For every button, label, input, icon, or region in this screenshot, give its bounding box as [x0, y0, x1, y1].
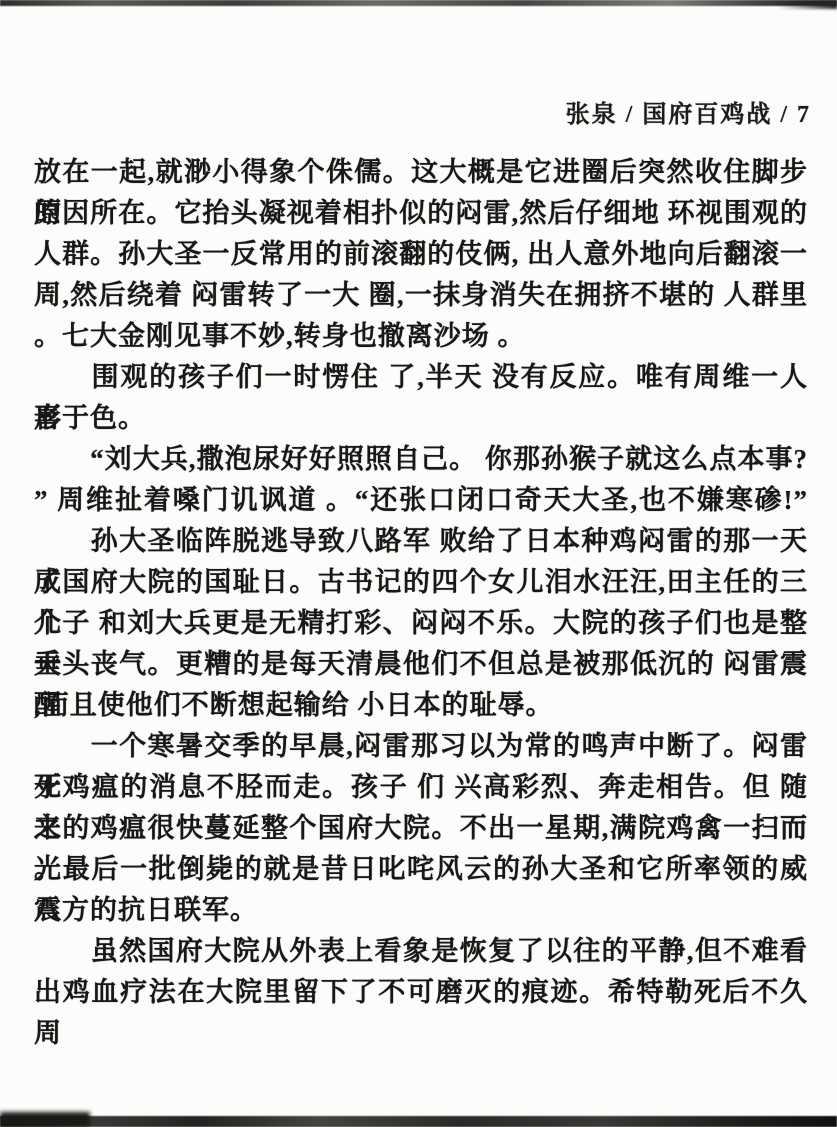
page-header-running-title: 张泉 / 国府百鸡战 / 7	[566, 94, 811, 129]
text-line: 。七大金刚见事不妙,转身也撤离沙场 。	[34, 316, 808, 357]
text-line: 一个寒暑交季的早晨,闷雷那习以为常的鸣声中断了。闷雷死	[34, 726, 808, 767]
page-body-text: 放在一起,就渺小得象个侏儒。这大概是它进圈后突然收住脚步的原因所在。它抬头凝视着…	[34, 152, 808, 1013]
text-line: 出鸡血疗法在大院里留下了不可磨灭的痕迹。希特勒死后不久周	[34, 972, 808, 1013]
text-line: ” 周维扯着嗓门讥讽道 。“还张口闭口奇天大圣,也不嫌寒碜!”	[34, 480, 808, 521]
text-line: 放在一起,就渺小得象个侏儒。这大概是它进圈后突然收住脚步的	[34, 152, 808, 193]
text-line: 了国府大院的国耻日。古书记的四个女儿泪水汪汪,田主任的三个	[34, 562, 808, 603]
text-line: ,而且使他们不断想起输给 小日本的耻辱。	[34, 685, 808, 726]
text-line: 。最后一批倒毙的就是昔日叱咤风云的孙大圣和它所率领的威震	[34, 849, 808, 890]
scanned-book-page: 张泉 / 国府百鸡战 / 7 放在一起,就渺小得象个侏儒。这大概是它进圈后突然收…	[0, 0, 837, 1127]
text-line: “刘大兵,撒泡尿好好照照自己。 你那孙猴子就这么点本事?	[34, 439, 808, 480]
text-line: 孙大圣临阵脱逃导致八路军 败给了日本种鸡闷雷的那一天成	[34, 521, 808, 562]
text-line: 八方的抗日联军。	[34, 890, 808, 931]
text-line: 原因所在。它抬头凝视着相扑似的闷雷,然后仔细地 环视围观的	[34, 193, 808, 234]
text-line: 于鸡瘟的消息不胫而走。孩子 们 兴高彩烈、奔走相告。但 随之而	[34, 767, 808, 808]
scan-edge-top	[0, 0, 837, 6]
text-line: 周,然后绕着 闷雷转了一大 圈,一抹身消失在拥挤不堪的 人群里	[34, 275, 808, 316]
text-line: 儿子 和刘大兵更是无精打彩、闷闷不乐。大院的孩子们也是整天	[34, 603, 808, 644]
scan-edge-bottom	[0, 1116, 837, 1127]
text-line: 围观的孩子们一时愣住 了,半天 没有反应。唯有周维一人喜	[34, 357, 808, 398]
text-line: 垂头丧气。更糟的是每天清晨他们不但总是被那低沉的 闷雷震醒	[34, 644, 808, 685]
text-line: 来的鸡瘟很快蔓延整个国府大院。不出一星期,满院鸡禽一扫而光	[34, 808, 808, 849]
text-line: 虽然国府大院从外表上看象是恢复了以往的平静,但不难看	[34, 931, 808, 972]
text-line: 人群。孙大圣一反常用的前滚翻的伎俩, 出人意外地向后翻滚一	[34, 234, 808, 275]
text-line: 形于色。	[34, 398, 808, 439]
